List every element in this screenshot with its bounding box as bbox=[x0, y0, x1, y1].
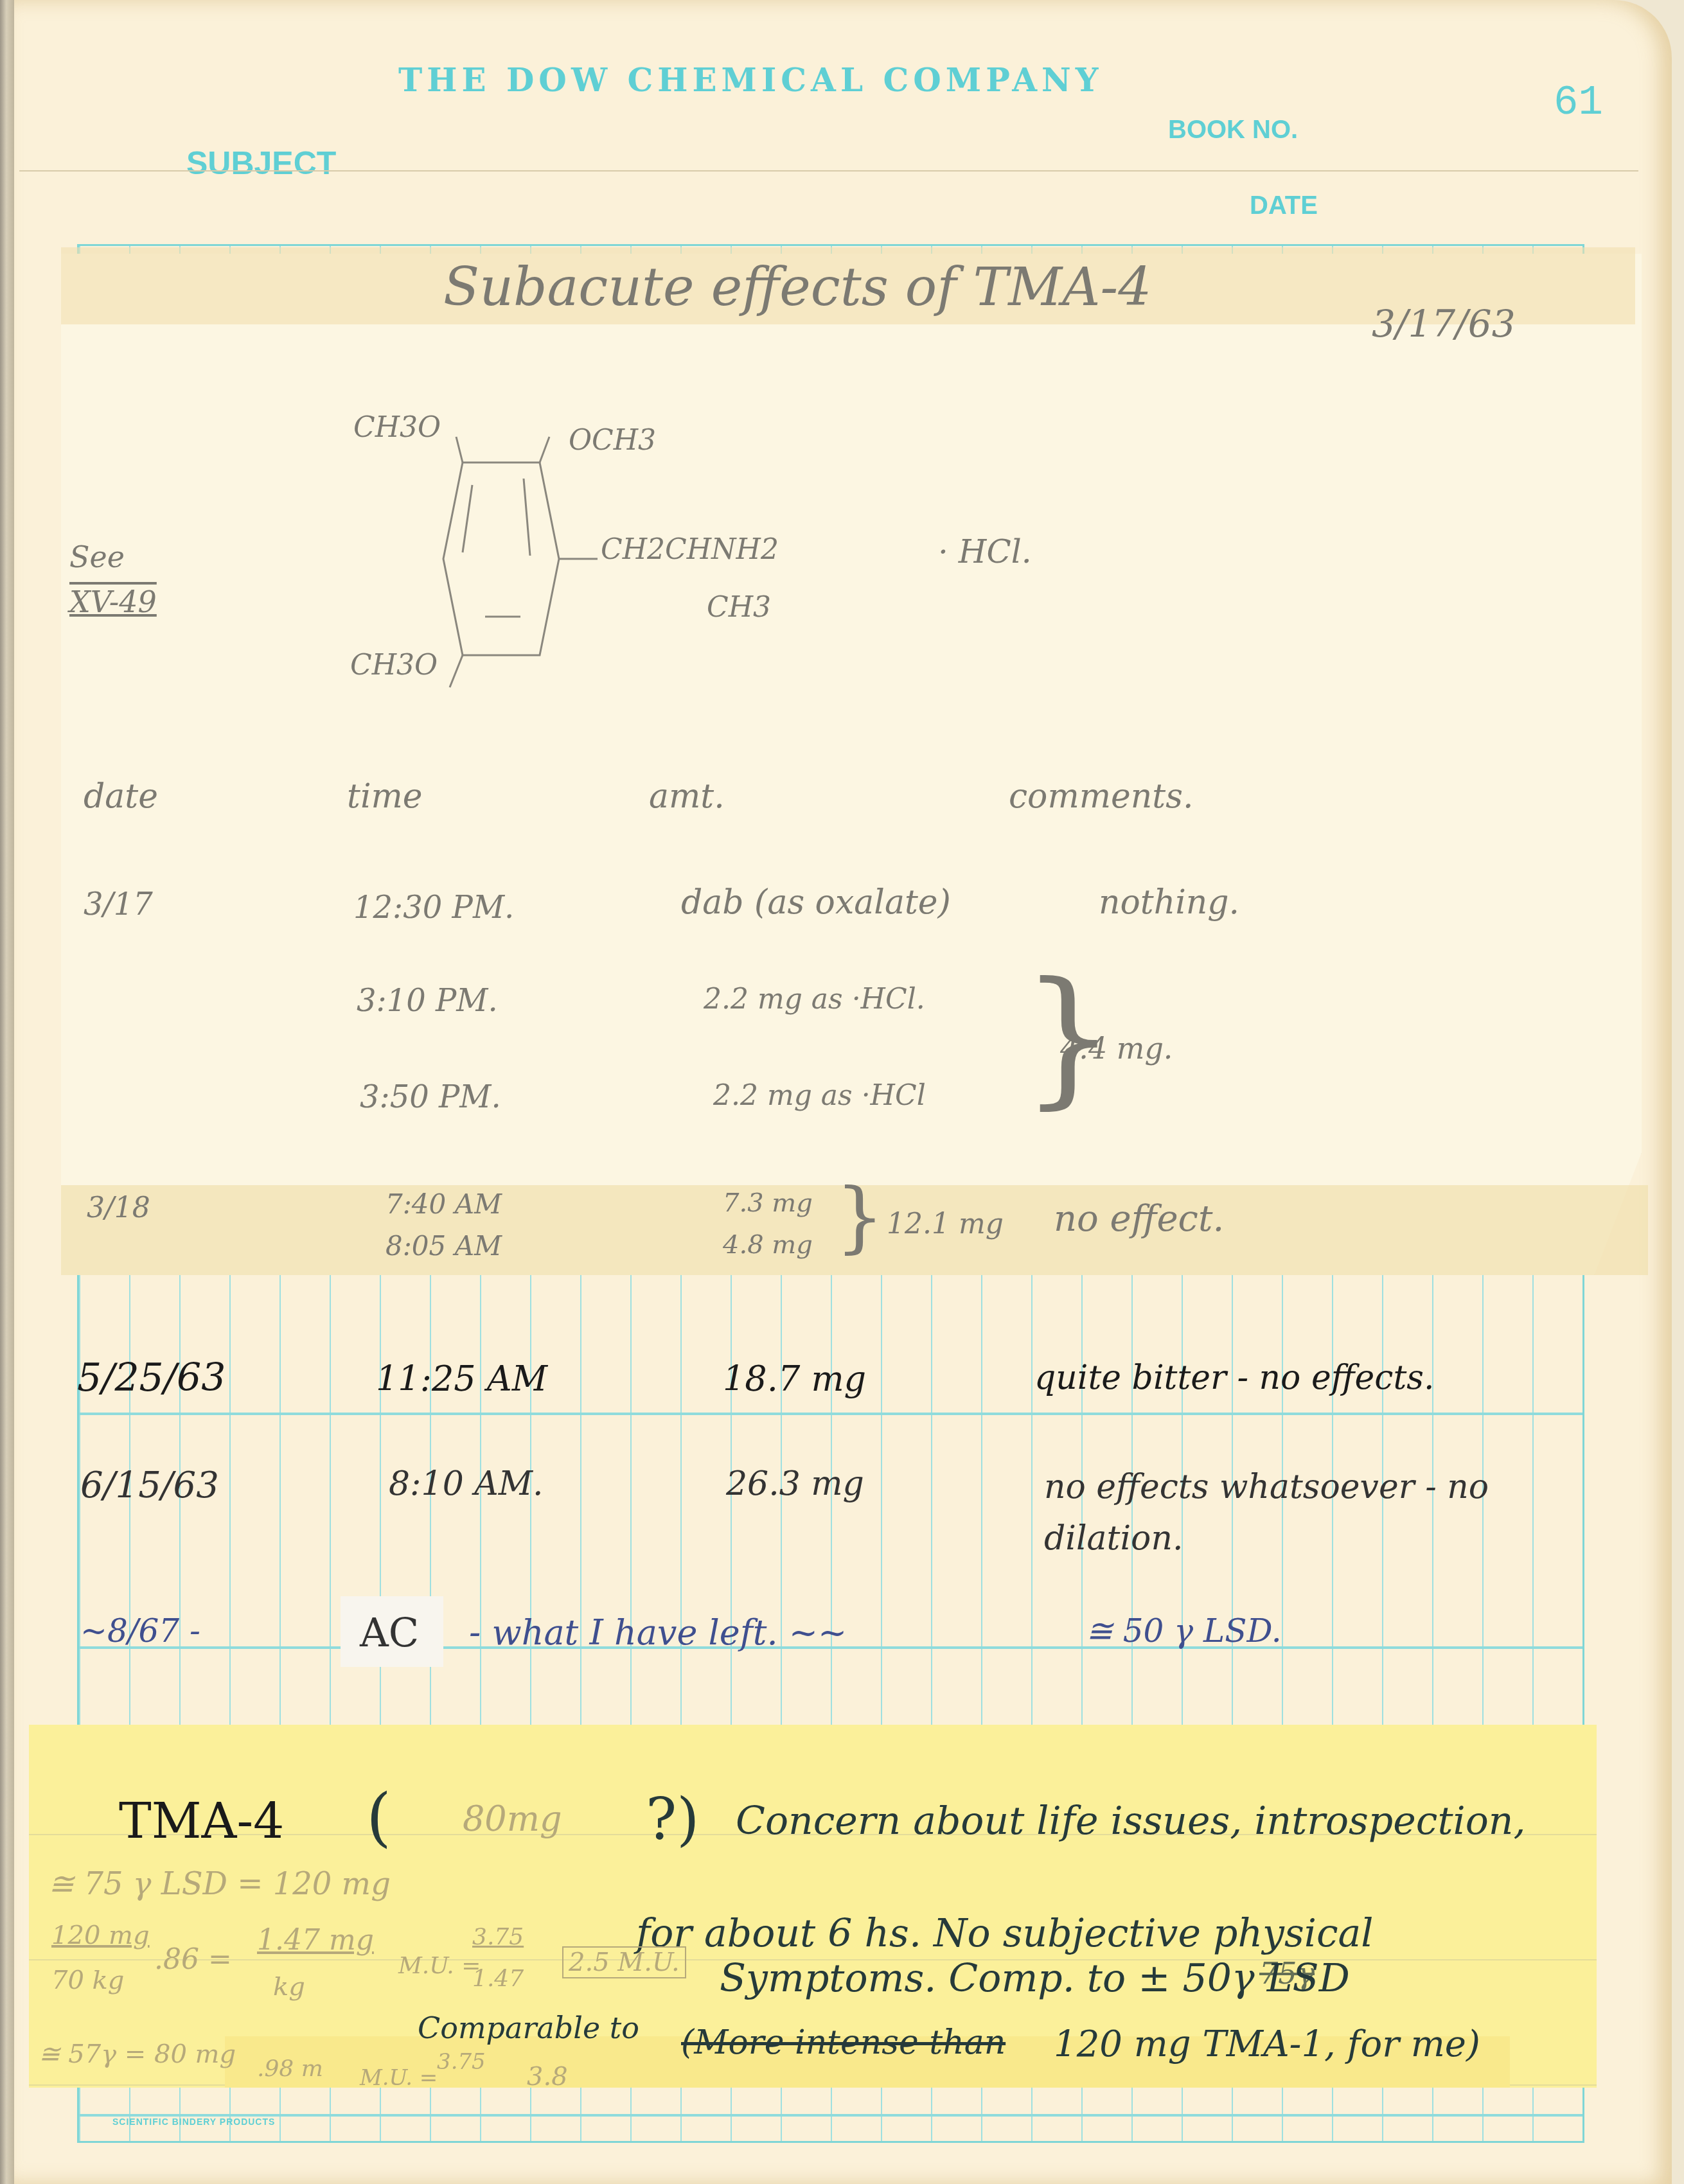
ink-row2-comment: no effects whatsoever - no dilation. bbox=[1044, 1461, 1597, 1564]
late-note-date: ~8/67 - bbox=[80, 1612, 200, 1650]
fold-line bbox=[19, 170, 1638, 172]
summary-line-4-prefix: Comparable to bbox=[418, 2011, 639, 2045]
row2-time: 3:10 PM. bbox=[357, 983, 498, 1019]
row1-date: 3/17 bbox=[84, 886, 153, 922]
calc-frac2-den: kg bbox=[273, 1972, 305, 2002]
ink-row2-date: 6/15/63 bbox=[80, 1465, 219, 1506]
calc-frac2-num: 1.47 mg bbox=[257, 1924, 374, 1957]
calc-line-3: ≅ 57γ = 80 mg bbox=[39, 2039, 236, 2069]
benzene-ring-icon bbox=[424, 450, 591, 668]
taped-sheet bbox=[61, 254, 1642, 1275]
calc-line-4-num: 3.75 bbox=[437, 2049, 486, 2075]
col-comments: comments. bbox=[1009, 777, 1193, 816]
row3-time: 3:50 PM. bbox=[360, 1079, 501, 1115]
page-number: 61 bbox=[1554, 80, 1603, 127]
company-header: THE DOW CHEMICAL COMPANY bbox=[398, 61, 1103, 99]
row1-comment: nothing. bbox=[1099, 883, 1239, 922]
summary-line-4: 120 mg TMA-1, for me) bbox=[1054, 2023, 1480, 2065]
summary-paren-open: ( bbox=[366, 1779, 391, 1854]
calc-frac1-mult: .86 = bbox=[154, 1943, 232, 1976]
col-amount: amt. bbox=[649, 777, 725, 816]
substituent-bottom: CH3O bbox=[350, 649, 438, 682]
printer-imprint: SCIENTIFIC BINDERY PRODUCTS bbox=[112, 2117, 275, 2127]
substituent-top-left: CH3O bbox=[353, 411, 441, 444]
row4-date: 3/18 bbox=[87, 1192, 150, 1224]
summary-line-3: Symptoms. Comp. to ± 50γ LSD bbox=[720, 1956, 1350, 2001]
substituent-top-right: OCH3 bbox=[569, 424, 656, 457]
summary-compound: TMA-4 bbox=[119, 1792, 284, 1849]
summary-line-2: for about 6 hs. No subjective physical bbox=[636, 1911, 1374, 1956]
side-chain-methyl: CH3 bbox=[707, 591, 771, 624]
entry-title: Subacute effects of TMA-4 bbox=[443, 257, 1151, 318]
ink-row2-amount: 26.3 mg bbox=[726, 1465, 864, 1503]
late-note-text: - what I have left. ~~ bbox=[469, 1612, 847, 1653]
summary-paren-close: ?) bbox=[646, 1786, 699, 1853]
calc-frac1-num: 120 mg bbox=[51, 1921, 150, 1950]
summary-line-4-struck: (More intense than bbox=[681, 2023, 1006, 2062]
subject-label: SUBJECT bbox=[186, 145, 336, 182]
late-note-label: AC bbox=[360, 1609, 419, 1656]
calc-mu-result: 2.5 M.U. bbox=[562, 1946, 686, 1978]
side-ref-see: See bbox=[69, 540, 125, 574]
date-label: DATE bbox=[1250, 191, 1318, 220]
bracket-total-2: 12.1 mg bbox=[887, 1208, 1004, 1240]
row3-amount: 2.2 mg as ·HCl bbox=[713, 1079, 926, 1112]
binder-edge bbox=[0, 0, 14, 2184]
calc-line-4-a: .98 m bbox=[257, 2056, 323, 2082]
row1-amount: dab (as oxalate) bbox=[681, 883, 951, 922]
late-note-equivalence: ≅ 50 γ LSD. bbox=[1086, 1612, 1282, 1650]
calc-mu-den: 1.47 bbox=[472, 1966, 524, 1992]
ink-row1-amount: 18.7 mg bbox=[723, 1359, 866, 1399]
summary-line-1: Concern about life issues, introspection… bbox=[736, 1799, 1526, 1844]
calc-mu-label: M.U. = bbox=[398, 1953, 481, 1979]
summary-line-3-struck: 75γ bbox=[1259, 1956, 1315, 1991]
ink-row1-time: 11:25 AM bbox=[376, 1359, 547, 1399]
bracket-total-1: 4.4 mg. bbox=[1060, 1031, 1173, 1066]
entry-date: 3/17/63 bbox=[1372, 302, 1516, 346]
row5-amount: 4.8 mg bbox=[723, 1230, 813, 1260]
book-number-label: BOOK NO. bbox=[1168, 116, 1298, 145]
calc-line-4-result: 3.8 bbox=[527, 2062, 568, 2092]
side-ref-page: XV-49 bbox=[69, 585, 157, 619]
side-chain: CH2CHNH2 bbox=[601, 533, 779, 566]
row4-time: 7:40 AM bbox=[386, 1188, 502, 1220]
calc-line-1: ≅ 75 γ LSD = 120 mg bbox=[48, 1866, 391, 1902]
row1-time: 12:30 PM. bbox=[353, 890, 514, 926]
col-date: date bbox=[84, 777, 158, 816]
summary-dose: 80mg bbox=[463, 1799, 562, 1839]
row4-amount: 7.3 mg bbox=[723, 1188, 813, 1218]
row5-time: 8:05 AM bbox=[386, 1230, 502, 1262]
calc-frac1-den: 70 kg bbox=[51, 1966, 124, 1995]
hcl-salt: · HCl. bbox=[938, 533, 1032, 570]
calc-mu-num: 3.75 bbox=[472, 1924, 524, 1950]
ink-row1-comment: quite bitter - no effects. bbox=[1034, 1359, 1435, 1397]
bracket-comment-2: no effect. bbox=[1054, 1198, 1224, 1240]
calc-line-4-mu: M.U. = bbox=[360, 2065, 438, 2091]
ink-row2-time: 8:10 AM. bbox=[389, 1465, 544, 1503]
bracket-icon: } bbox=[835, 1179, 884, 1256]
row2-amount: 2.2 mg as ·HCl. bbox=[704, 983, 925, 1016]
ink-row1-date: 5/25/63 bbox=[77, 1355, 226, 1400]
col-time: time bbox=[347, 777, 423, 816]
